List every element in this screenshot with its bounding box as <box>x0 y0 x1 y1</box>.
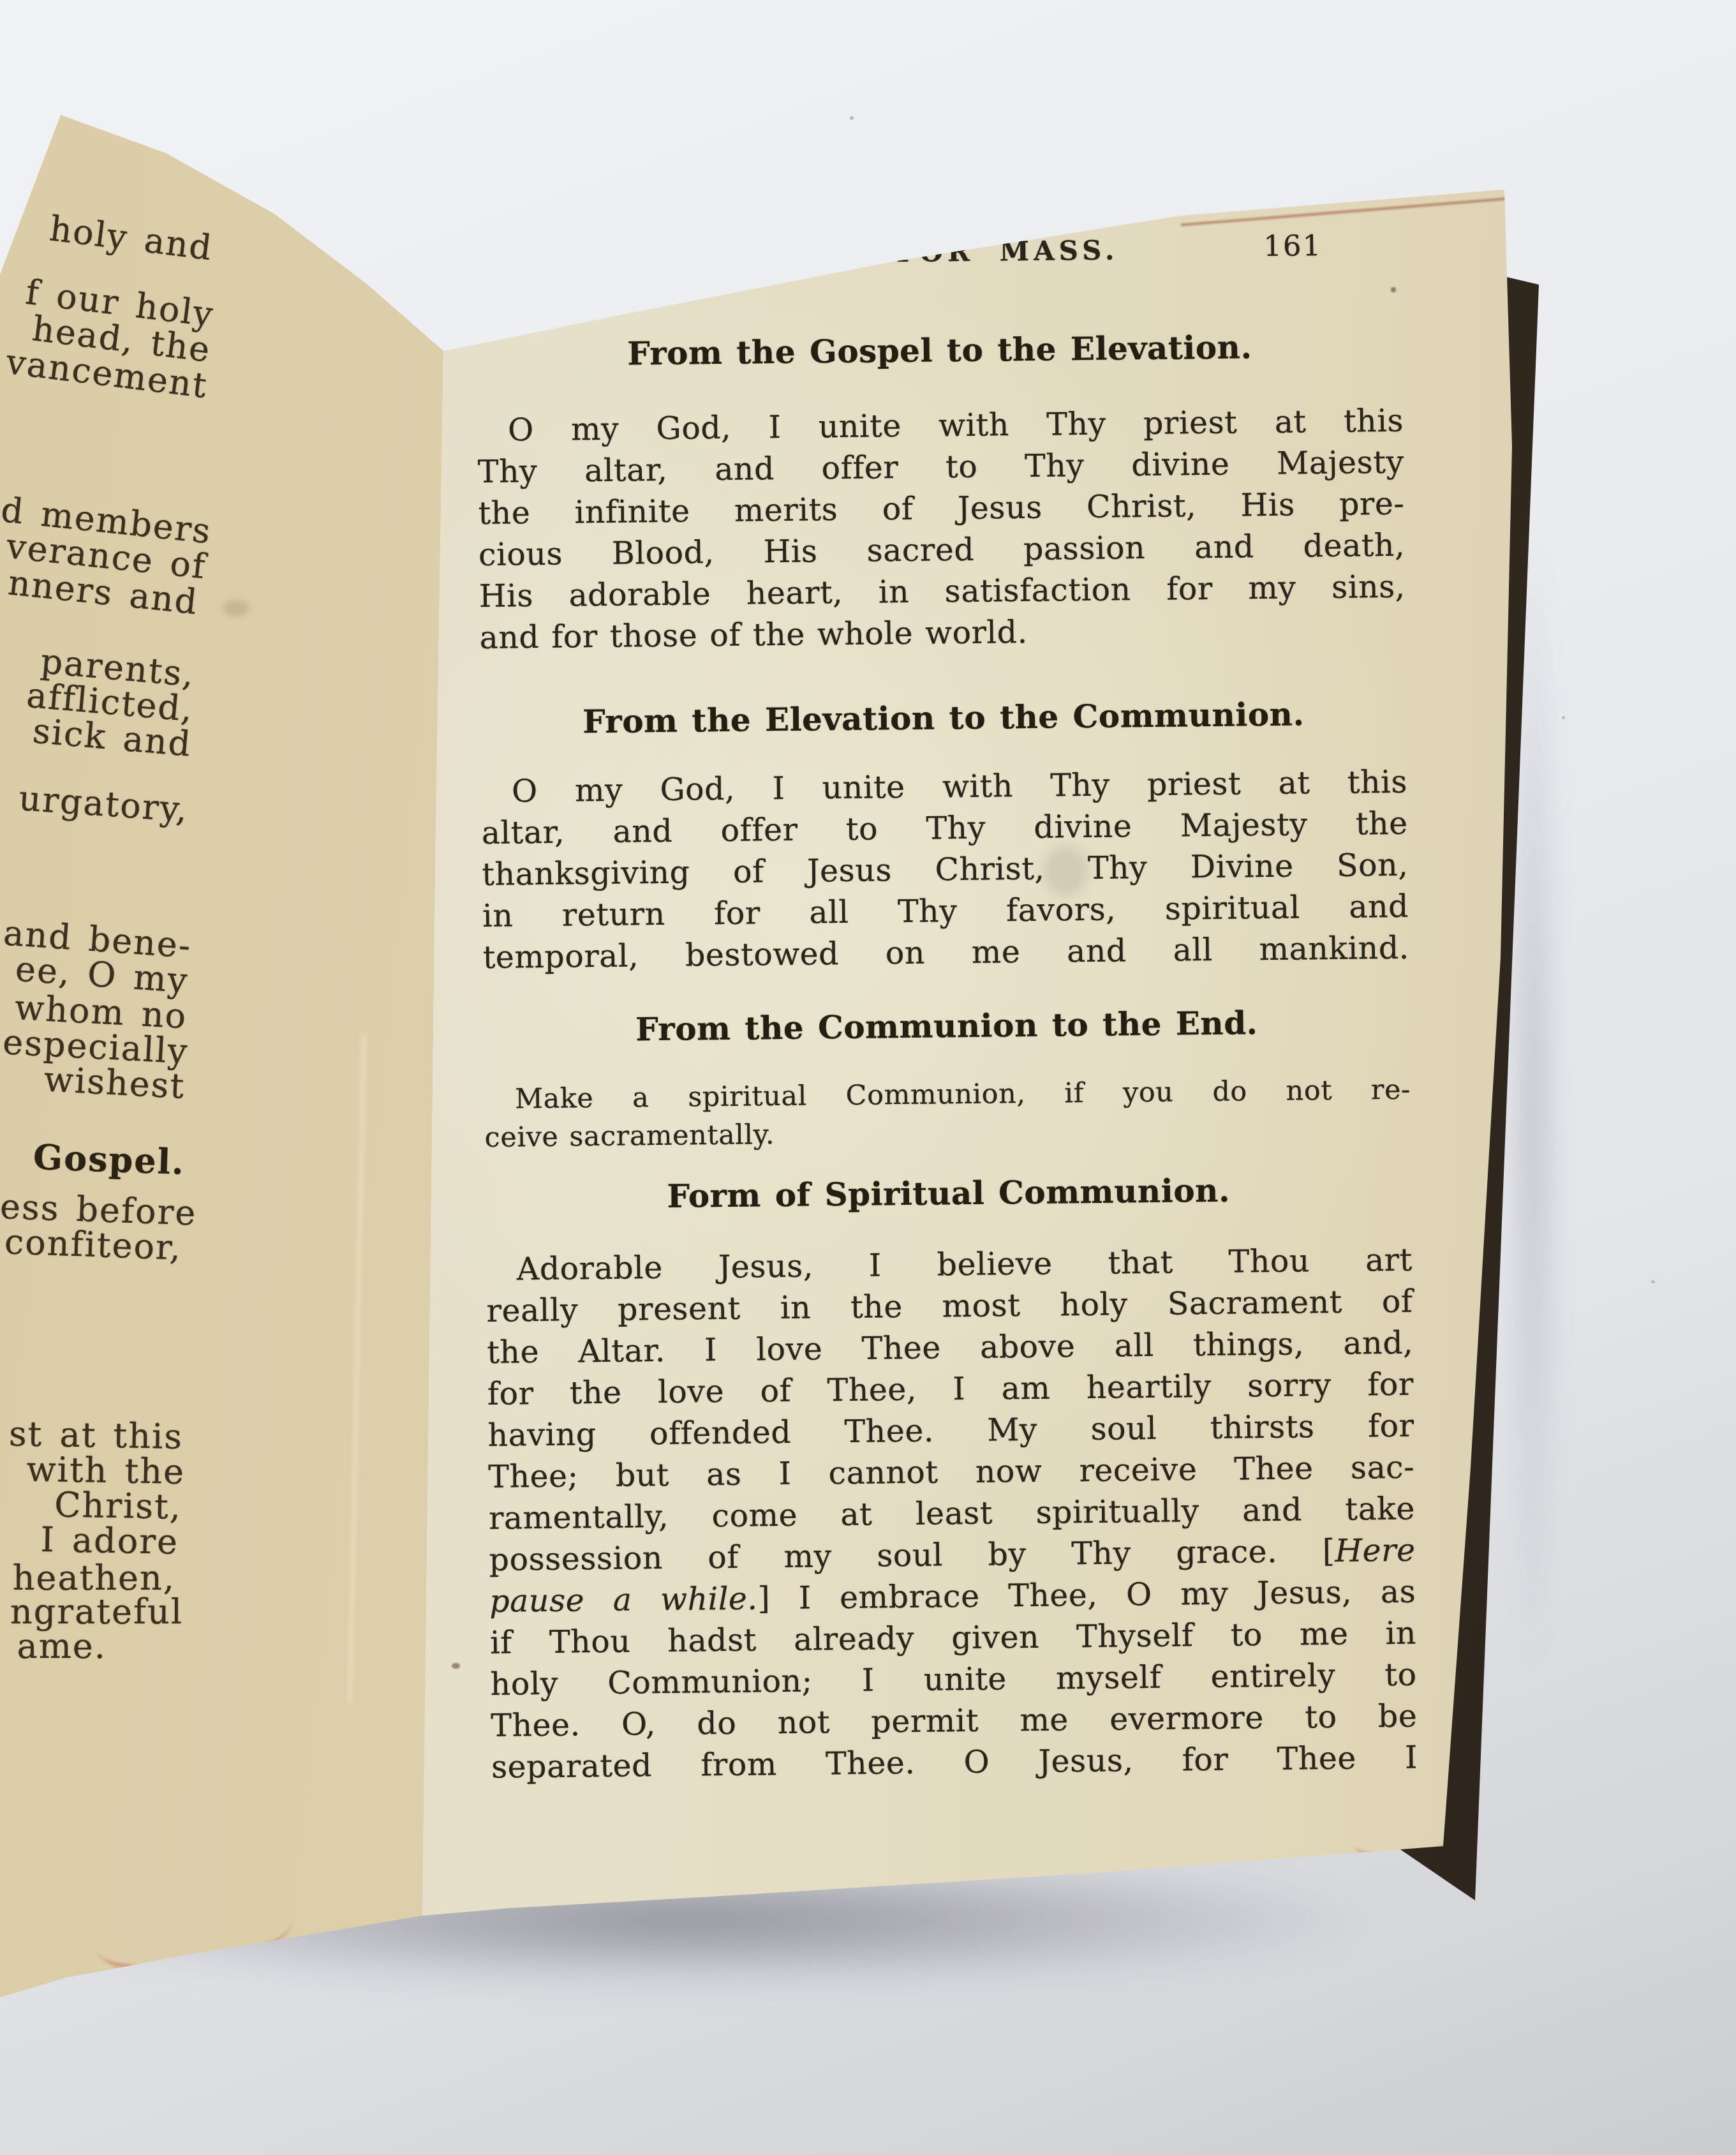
left-page-text-fragment: holy and <box>0 205 222 267</box>
paragraph: Make a spiritual Communion, if you do no… <box>484 1071 1411 1157</box>
running-header: DEVOTIONS FOR MASS. 161 <box>475 232 1402 278</box>
left-page-text-fragment: confiteor, <box>0 1224 221 1267</box>
photo-background: holy andf our holyhead, thevancementd me… <box>0 0 1736 2155</box>
left-page-text-fragment: with the <box>0 1451 220 1491</box>
left-page-text-fragment: I adore <box>0 1521 220 1561</box>
page-crease <box>348 1034 366 1704</box>
section-heading: Form of Spiritual Communion. <box>485 1170 1412 1217</box>
left-page-content: holy andf our holyhead, thevancementd me… <box>0 0 255 2155</box>
page-number: 161 <box>1263 228 1322 263</box>
text-line: separated from Thee. O Jesus, for Thee I <box>491 1737 1418 1788</box>
right-page-content: DEVOTIONS FOR MASS. 161 From the Gospel … <box>475 232 1418 1788</box>
left-page-text-fragment: heathen, <box>0 1560 220 1596</box>
left-page-text-fragment: ame. <box>0 1629 220 1664</box>
running-header-title: DEVOTIONS FOR MASS. <box>418 232 1344 273</box>
text-line: temporal, bestowed on me and all mankind… <box>482 927 1409 978</box>
left-page-text-fragment: Gospel. <box>0 1138 221 1181</box>
dust-speck <box>850 116 854 120</box>
left-page-text-fragment: urgatory, <box>0 779 221 830</box>
paragraph: O my God, I unite with Thy priest at thi… <box>477 400 1406 659</box>
section-heading: From the Gospel to the Elevation. <box>477 327 1404 374</box>
dust-speck <box>1651 1280 1655 1283</box>
section-heading: From the Communion to the End. <box>484 1003 1411 1050</box>
page-edge-tint <box>1181 197 1507 226</box>
paragraph: Adorable Jesus, I believe that Thou artr… <box>486 1239 1418 1788</box>
left-page-text-fragment: Christ, <box>0 1486 220 1526</box>
left-page-text-fragment: ngrateful <box>0 1594 220 1630</box>
paper-stain <box>452 1663 460 1669</box>
paragraph: O my God, I unite with Thy priest at thi… <box>481 761 1409 978</box>
section-heading: From the Elevation to the Communion. <box>480 695 1407 742</box>
paper-stain <box>223 600 249 616</box>
text-line: and for those of the whole world. <box>479 608 1406 659</box>
